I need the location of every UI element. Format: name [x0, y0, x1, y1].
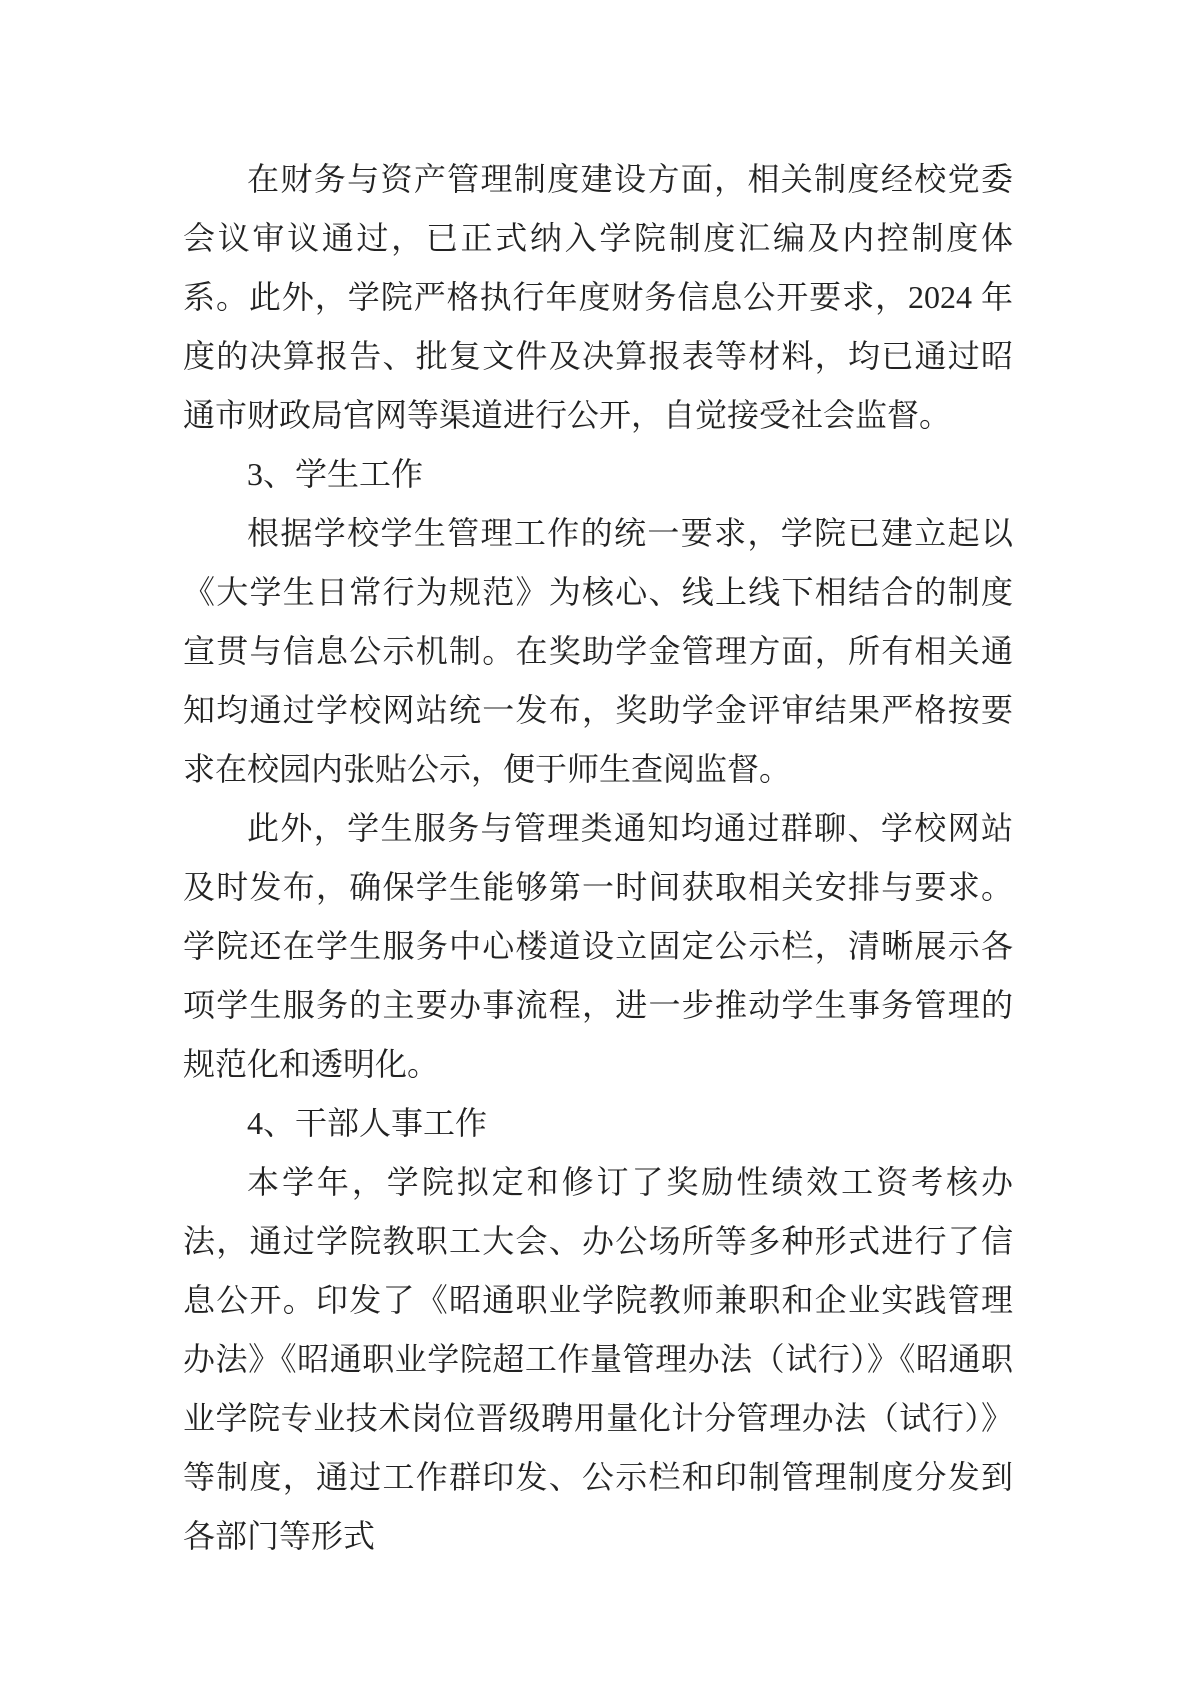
paragraph-student-service-notices: 此外，学生服务与管理类通知均通过群聊、学校网站及时发布，确保学生能够第一时间获取… — [183, 799, 1013, 1094]
paragraph-finance-asset-management: 在财务与资产管理制度建设方面，相关制度经校党委会议审议通过，已正式纳入学院制度汇… — [183, 150, 1013, 445]
heading-section-4-personnel-work: 4、干部人事工作 — [183, 1094, 1013, 1153]
paragraph-student-rules-scholarship: 根据学校学生管理工作的统一要求，学院已建立起以《大学生日常行为规范》为核心、线上… — [183, 504, 1013, 799]
heading-section-3-student-work: 3、学生工作 — [183, 445, 1013, 504]
document-page: 在财务与资产管理制度建设方面，相关制度经校党委会议审议通过，已正式纳入学院制度汇… — [0, 0, 1191, 1684]
paragraph-personnel-policies: 本学年，学院拟定和修订了奖励性绩效工资考核办法，通过学院教职工大会、办公场所等多… — [183, 1153, 1013, 1566]
document-text-block: 在财务与资产管理制度建设方面，相关制度经校党委会议审议通过，已正式纳入学院制度汇… — [183, 150, 1013, 1566]
